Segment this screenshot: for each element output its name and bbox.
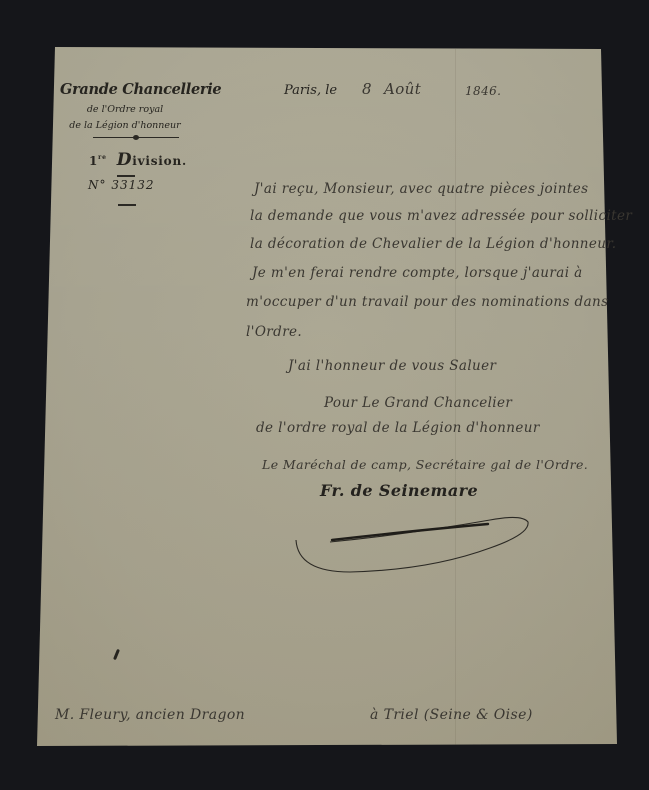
ornamental-rule bbox=[93, 137, 179, 138]
division-number: 1 bbox=[89, 154, 98, 168]
closing-for-line-1: Pour Le Grand Chancelier bbox=[324, 395, 512, 411]
address-location: à Triel (Seine & Oise) bbox=[370, 707, 533, 723]
closing-title-line: Le Maréchal de camp, Secrétaire gal de l… bbox=[262, 457, 588, 472]
signature-flourish-icon bbox=[290, 500, 550, 580]
signature: Fr. de Seinemare bbox=[320, 481, 478, 500]
reference-number: N° 33132 bbox=[88, 178, 155, 192]
closing-for-line-2: de l'ordre royal de la Légion d'honneur bbox=[256, 420, 540, 436]
body-line-1: J'ai reçu, Monsieur, avec quatre pièces … bbox=[254, 181, 588, 197]
letterhead-title: Grande Chancellerie bbox=[60, 81, 190, 98]
photo-stage: Grande Chancellerie de l'Ordre royal de … bbox=[0, 0, 649, 790]
dateline-place: Paris, le bbox=[284, 83, 337, 98]
letterhead-subtitle-2: de la Légion d'honneur bbox=[60, 120, 190, 131]
address-recipient: M. Fleury, ancien Dragon bbox=[55, 707, 245, 723]
short-rule-2 bbox=[118, 204, 136, 206]
division-label: 1re Division. bbox=[89, 150, 187, 170]
body-line-4: Je m'en ferai rendre compte, lorsque j'a… bbox=[252, 265, 583, 281]
dateline-month: Août bbox=[384, 80, 421, 98]
body-line-3: la décoration de Chevalier de la Légion … bbox=[250, 236, 616, 252]
dateline-day: 8 bbox=[362, 80, 372, 98]
short-rule-1 bbox=[117, 175, 135, 177]
division-rest: ivision. bbox=[132, 154, 187, 168]
numero-value: 33132 bbox=[111, 178, 154, 192]
dateline-year: 1846. bbox=[465, 84, 501, 98]
body-line-5: m'occuper d'un travail pour des nominati… bbox=[246, 294, 608, 310]
body-line-6: l'Ordre. bbox=[246, 324, 302, 340]
division-initial: D bbox=[117, 150, 133, 170]
body-line-2: la demande que vous m'avez adressée pour… bbox=[250, 208, 632, 224]
division-suffix: re bbox=[98, 154, 107, 161]
numero-label: N° bbox=[88, 178, 107, 192]
closing-salutation: J'ai l'honneur de vous Saluer bbox=[288, 358, 496, 374]
letterhead-subtitle-1: de l'Ordre royal bbox=[60, 104, 190, 115]
